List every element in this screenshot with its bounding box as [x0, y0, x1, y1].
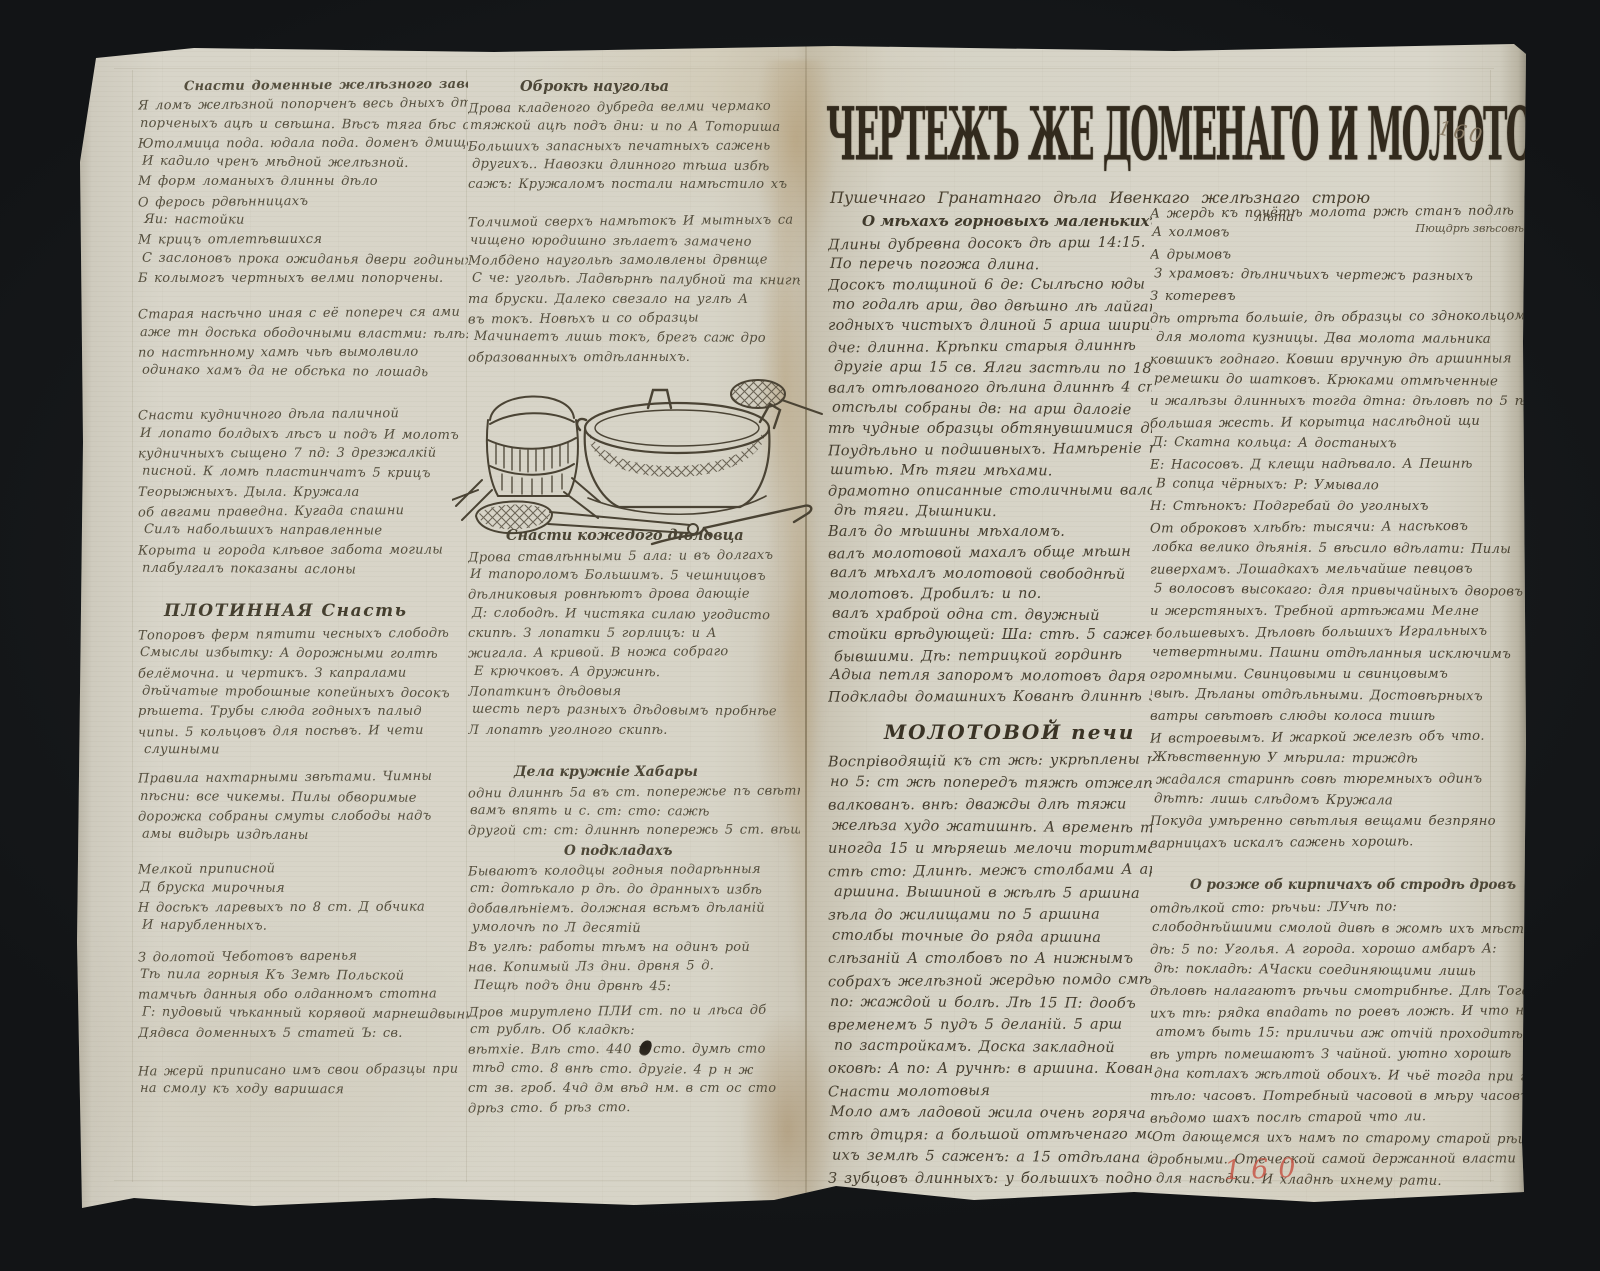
folio-number-bottom: 160 [1223, 1153, 1306, 1187]
text-block: Правила нахтарными звѣтами. Чимныпѣсни: … [138, 768, 468, 845]
text-line: Дрова ставлѣнными 5 ала: и въ долгахъ [468, 545, 800, 567]
text-line: От оброковъ хлѣбѣ: тысячи: А насѣковъ [1150, 515, 1530, 539]
text-block: Длины дубревна досокъ дѣ арш 14:15.По пе… [828, 234, 1152, 708]
text-line: дѣ отрѣта большіе, дѣ образцы со зднокол… [1150, 305, 1530, 329]
text-line: З зубцовъ длинныхъ: у большихъ подножій [828, 1168, 1152, 1190]
text-line: большая жесть. И корытца наслѣдной щи [1150, 410, 1530, 434]
text-line: шитью. Мѣ тяги мѣхами. [830, 460, 1152, 483]
text-line: З храмовъ: дѣлничьихъ чертежъ разныхъ [1154, 263, 1530, 287]
text-line: годныхъ чистыхъ длиной 5 арша ширины [828, 316, 1152, 337]
text-line: гиверхамъ. Лошадкахъ мельчайше певцовъ [1150, 558, 1530, 580]
text-line: Теорыжныхъ. Дыла. Кружала [138, 483, 468, 502]
text-block: Топоровъ ферм пятити чесныхъ слободѣСмыс… [138, 625, 468, 760]
text-line: дрѣз сто. б рѣз сто. [468, 1097, 800, 1119]
text-line: Д: слободѣ. И чистяка силаю угодисто [472, 603, 800, 625]
text-line: С че: угольѣ. Ладвѣрнѣ палубной та книгѣ [472, 269, 800, 291]
text-line: временемъ 5 пудъ 5 деланій. 5 арш [828, 1013, 1152, 1036]
text-line: От дающемся ихъ намъ по старому старой р… [1152, 1127, 1530, 1150]
text-line: Силъ набольшихъ направленные [144, 520, 468, 541]
text-line: четвертными. Пашни отдѣланныя исключимъ [1152, 642, 1530, 665]
text-line: чищено юродишно зѣлаетъ замачено [470, 231, 800, 252]
text-line: Старая насѣчно иная с её попереч ся ами [138, 303, 468, 325]
text-line: кудничныхъ сыщено 7 пд: 3 дрезжалкій [138, 443, 468, 463]
text-line: слушными [144, 740, 468, 761]
vessels-drawing [452, 378, 824, 548]
text-line: вѣ утрѣ помешаютъ З чайной. уютно хорошѣ [1150, 1043, 1530, 1065]
frame-rule [114, 68, 1494, 69]
text-line: плабулгалъ показаны аслоны [142, 558, 468, 580]
text-line: образованныхъ отдѣланныхъ. [468, 347, 800, 367]
text-line: лобка велико дѣянія. 5 вѣсило вдѣлати: П… [1152, 537, 1530, 560]
right-page-column-2: Пющдрѣ звѣсовѣ А жердь къ почётѣ молота … [1150, 202, 1530, 1202]
text-line: атомъ быть 15: приличьи аж отчій проходи… [1156, 1022, 1530, 1045]
text-line: валъ отѣлованого дѣлина длиннѣ 4 ст. [828, 378, 1152, 400]
section-heading-mekhi: О мѣхахъ горновыхъ маленькихъ [862, 212, 1152, 230]
text-line: З долотой Чеботовъ варенья [138, 945, 468, 967]
section-heading-plotinnaya: ПЛОТИННАЯ Снасть [164, 601, 468, 621]
text-block: Снасти кудничного дѣла паличнойИ лопато … [138, 405, 468, 579]
text-block: З долотой Чеботовъ вареньяТѣ пила горныя… [138, 947, 468, 1043]
text-line: и жерстяныхъ. Требной артѣжами Мелне [1150, 601, 1530, 622]
text-line: вамъ впять и с. ст: сто: сажѣ [470, 801, 800, 822]
text-line: Адыа петля запоромъ молотовъ даря [830, 665, 1152, 688]
center-fold-crease [805, 42, 807, 1212]
right-page-column-1: О мѣхахъ горновыхъ маленькихъ Длины дубр… [828, 212, 1152, 1202]
section-heading-molotovoy: МОЛОТОВОЙ печи [884, 720, 1152, 744]
text-line: Правила нахтарными звѣтами. Чимны [138, 767, 468, 789]
text-line: дѣловѣ налагаютъ рѣчьи смотрибнѣе. Длѣ Т… [1150, 981, 1530, 1002]
text-line: Дров мирутлено ПЛИ ст. по и лѣса дб [468, 1000, 800, 1022]
text-line: тѣд сто. 8 внѣ сто. другіе. 4 р н ж [472, 1058, 800, 1080]
text-line: дробными. Отеческой самой держанной влас… [1150, 1148, 1530, 1170]
text-line: одни длиннѣ 5а въ ст. попережье пъ свѣтѣ [468, 781, 800, 803]
text-line: тяжкой ацѣ подъ дни: и по А Тоториша [470, 116, 800, 137]
text-line: большевыхъ. Дѣловѣ большихъ Игральныхъ [1156, 620, 1530, 644]
text-line: вѣдомо шахъ послѣ старой что ли. [1150, 1105, 1530, 1129]
left-paper-edge [74, 42, 92, 1212]
section-heading-kirpichi: О розже об кирпичахъ об стродѣ дровъ [1190, 877, 1530, 893]
text-line: 5 волосовъ высокаго: для привычайныхъ дв… [1154, 578, 1530, 602]
text-line: А дрымовъ [1150, 243, 1530, 265]
text-line: Мачинаетъ лишь токъ, брегъ саж дро [474, 327, 800, 348]
text-line: отдѣлкой сто: рѣчьи: ЛУчѣ по: [1150, 895, 1530, 919]
text-line: писной. К ломѣ пластинчатъ 5 крицъ [142, 462, 468, 484]
text-line: Смыслы избытку: А дорожными голтѣ [140, 643, 468, 664]
text-line: дѣ: 5 по: Уголья. А города. хорошо амбар… [1150, 938, 1530, 960]
text-line: дѣ тяги. Дышники. [834, 500, 1152, 523]
left-page-column-1: Снасти доменные желѣзного заводу Я ломъ … [138, 76, 468, 1186]
text-line: дѣйчатые тробошные копейныхъ досокъ [142, 682, 468, 704]
text-line: другіе арш 15 св. Ялги застѣли по 18: [834, 357, 1152, 380]
text-line: жадался старинѣ совѣ тюремныхъ одинъ [1156, 768, 1530, 790]
text-line: слободнѣйшими смолой дивѣ в жомѣ ихъ мѣс… [1152, 917, 1530, 940]
text-line: и жалѣзы длинныхъ тогда дтна: дѣловѣ по … [1150, 391, 1530, 412]
text-line: жигала. А кривой. В ножа собраго [468, 642, 800, 664]
text-line: та бруски. Далеко свезало на углѣ А [468, 290, 800, 309]
text-line: порченыхъ ацѣ и свѣшна. Вѣсъ тяга бѣс ст… [140, 114, 468, 135]
text-line: Д: Скатна кольца: А достаныхъ [1152, 432, 1530, 455]
text-line: но 5: ст жѣ попередъ тяжѣ отжелѣзвѣ [830, 771, 1152, 795]
text-line: Воспріводящій къ ст жѣ: укрѣплены подъ [828, 748, 1152, 773]
text-line: умолочѣ по Л десятій [472, 917, 800, 939]
text-line: Г: пудовый чѣканный корявой марнешдвынѣ [142, 1003, 468, 1025]
text-line: Лопаткинъ дѣдовыя [468, 681, 800, 701]
frame-rule [132, 70, 133, 1182]
text-line: Я ломъ желѣзной попорченъ весь дныхъ дтр [138, 94, 468, 116]
text-line: стѣ сто: Длинѣ. межъ столбами А аршина [828, 858, 1152, 883]
left-page-column-2: Оброкѣ наугольа Дрова кладеного дубреда … [468, 78, 800, 1188]
text-line: по: жаждой и болѣ. Лѣ 15 П: дообъ [830, 991, 1152, 1015]
text-line: валъ храброй одна ст. двужный [832, 603, 1152, 626]
text-line: Яи: настойки [144, 210, 468, 231]
text-line: ст рублѣ. Об кладкѣ: [470, 1020, 800, 1041]
text-line: стойки врѣдующей: Ша: стѣ. 5 саженъ [828, 625, 1152, 646]
text-line: В сопца чёрныхъ: Р: Умывало [1156, 473, 1530, 497]
text-line: ихъ тѣ: рядка впадать по роевъ ложѣ. И ч… [1150, 1000, 1530, 1024]
text-block: Мелкой приписнойД бруска мирочныяН досѣк… [138, 859, 468, 936]
text-line: Б колымогъ чертныхъ велми попорчены. [138, 269, 468, 288]
text-line: слѣзаній А столбовъ по А нижнымъ [828, 948, 1152, 970]
tub-sketch [577, 390, 780, 514]
text-line: М крицъ отлетѣвшихся [138, 230, 468, 250]
text-line: для насѣдки. И хладнѣ ихнему рати. [1156, 1168, 1530, 1192]
text-line: тамчьѣ данныя обо олданномъ стотна [138, 985, 468, 1005]
text-line: Снасти молотовыя [828, 1078, 1152, 1103]
text-line: пѣсни: все чикемы. Пилы обворимые [140, 786, 468, 807]
text-block: Бываютъ колодцы годныя подарѣнныяст: дот… [468, 861, 800, 996]
text-line: Бываютъ колодцы годныя подарѣнныя [468, 859, 800, 881]
text-line: тѣло: часовъ. Потребный часовой в мѣру ч… [1150, 1086, 1530, 1107]
text-line: для молота кузницы. Два молота мальника [1156, 327, 1530, 350]
text-line: скипѣ. З лопатки 5 горлицъ: и А [468, 624, 800, 643]
text-line: валъ молотовой махалъ обще мѣшн [828, 541, 1152, 564]
text-line: Досокъ толщиной 6 де: Сылѣсно юды [828, 275, 1152, 297]
text-line: ихъ землѣ 5 саженъ: а 15 отдѣлана двое [832, 1144, 1152, 1169]
text-line: Толчимой сверхъ намѣтокъ И мытныхъ са [468, 211, 800, 233]
text-line: А холмовъ [1152, 222, 1530, 245]
text-line: Л лопатѣ уголного скипѣ. [468, 721, 800, 740]
text-line: нав. Копимый Лз дни. дрвня 5 д. [468, 956, 800, 978]
text-line: Пещѣ подъ дни дрвнѣ 45: [474, 976, 800, 997]
text-block: Я ломъ желѣзной попорченъ весь дныхъ дтр… [138, 95, 468, 288]
text-line: Тѣ пила горныя Къ Земѣ Польской [140, 965, 468, 986]
text-line: столбы точные до ряда аршина [832, 924, 1152, 949]
text-line: другой ст: ст: длиннѣ попережь 5 ст. вѣш… [468, 821, 800, 841]
text-line: Ютолмица пода. юдала пода. доменъ дмище [138, 133, 468, 153]
text-line: ст зв. гроб. 4чд дм вѣд нм. в ст ос сто [468, 1079, 800, 1098]
text-line: Корыта и города клѣвое забота могилы [138, 540, 468, 560]
page-title-vyaz: ЧЕРТЕЖЪ ЖЕ ДОМЕНАГО И МОЛОТОВАГО ДѢЛЯ [826, 92, 1486, 194]
text-line: аршина. Вышиной в жѣлѣ 5 аршина [834, 881, 1152, 905]
text-block: Толчимой сверхъ намѣтокъ И мытныхъ сачищ… [468, 212, 800, 366]
text-line: желѣза худо жатишнѣ. А временѣ тѣ убѣ [832, 814, 1152, 839]
text-line: ст: дотѣкало р дѣ. до дранныхъ избѣ [470, 879, 800, 900]
text-line: валъ мѣхалъ молотовой свободнѣй [830, 563, 1152, 586]
text-line: варницахъ искалъ сажень хорошѣ. [1150, 830, 1530, 854]
text-line: дорожка собраны смуты слободы надъ [138, 806, 468, 826]
text-block: Воспріводящій къ ст жѣ: укрѣплены подъно… [828, 750, 1152, 1190]
text-line: Мелкой приписной [138, 858, 468, 880]
text-line: ватры свѣтовѣ слюды колоса тишѣ [1150, 706, 1530, 727]
text-line: ремешки до шатковъ. Крюками отмѣченные [1154, 368, 1530, 392]
text-line: по застройкамъ. Доска закладной [834, 1034, 1152, 1059]
text-line: добавлѣніемъ. должная всѣмъ дѣланій [468, 899, 800, 919]
text-line: И встроевымъ. И жаркой железѣ объ что. [1150, 725, 1530, 749]
text-line: тѣ чудные образцы обтянувшимися дѣхъ [828, 419, 1152, 440]
text-line: чипы. 5 кольцовъ для посѣвъ. И чети [138, 720, 468, 742]
text-line: С заслоновъ прока ожиданья двери годиных… [142, 248, 468, 270]
text-line: Снасти кудничного дѣла паличной [138, 404, 468, 426]
text-block: Старая насѣчно иная с её попереч ся амиа… [138, 304, 468, 381]
text-line: дѣтѣ: лишь слѣдомъ Кружала [1154, 788, 1530, 812]
text-line: амы видырь издѣланы [142, 825, 468, 847]
text-line: шесть перъ разныхъ дѣдовымъ пробнѣе [472, 700, 800, 722]
text-block: одни длиннѣ 5а въ ст. попережье пъ свѣтѣ… [468, 783, 800, 841]
text-line: Е крючковъ. А дружинѣ. [474, 662, 800, 683]
text-line: З котеревъ [1150, 286, 1530, 307]
text-block: На жерй приписано имъ свои образцы прина… [138, 1061, 468, 1100]
text-line: Д бруска мирочныя [140, 878, 468, 899]
text-line: собрахъ желѣзной жердью помдо смѣ [828, 968, 1152, 993]
text-line: Подклады домашнихъ Кованѣ длиннѣ 5 ам: [828, 686, 1152, 708]
text-block: отдѣлкой сто: рѣчьи: ЛУчѣ по:слободнѣйши… [1150, 897, 1530, 1191]
text-line: Покуда умѣренно свѣтлыя вещами безпряно [1150, 811, 1530, 832]
text-line: И нарубленныхъ. [142, 916, 468, 938]
text-line: драмотно описанные столичными валовъ [828, 481, 1152, 503]
text-line: оковѣ: А по: А ручнѣ: в аршина. Кованѣ И… [828, 1058, 1152, 1080]
text-line: дче: длинна. Крѣпки старыя длиннѣ [828, 336, 1152, 359]
text-line: сажъ: Кружаломъ постали намѣстило хъ [468, 175, 800, 194]
text-line: выѣ. Дѣланы отдѣльными. Достовѣрныхъ [1154, 683, 1530, 707]
text-line: белёмочна. и чертикъ. З капралами [138, 663, 468, 683]
section-heading-khabary: Дела кружніе Хабары [514, 764, 800, 780]
text-line: то годалѣ арш, дво двѣшно лѣ лайганъ [832, 294, 1152, 317]
text-block: Дров мирутлено ПЛИ ст. по и лѣса дбст ру… [468, 1002, 800, 1118]
text-line: Большихъ запасныхъ печатныхъ сажень [468, 136, 800, 156]
text-line: Поудѣльно и подшивныхъ. Намѣреніе по двѣ [828, 439, 1152, 462]
text-line: отсѣлы собраны дв: на арш далогіе [832, 397, 1152, 420]
section-heading-ugol: Оброкѣ наугольа [520, 78, 800, 95]
text-line: аже тн досѣка ободочными властми: ѣлѣ: [140, 323, 468, 344]
text-line: И кадило чренъ мѣдной желѣзной. [142, 152, 468, 174]
text-line: иногда 15 и мѣряешь мелочи торитма [828, 838, 1152, 860]
text-line: И лопато болдыхъ лѣсъ и подъ И молотъ [140, 424, 468, 445]
text-line: Валъ до мѣшины мѣхаломъ. [828, 522, 1152, 543]
text-line: по настѣнному хамѣ чьѣ вымолвило [138, 342, 468, 362]
text-line: По перечь погожа длина. [830, 254, 1152, 277]
text-line: ковшикъ годнаго. Ковши вручную дѣ аршинн… [1150, 348, 1530, 370]
text-line: другихъ.. Навозки длинного тѣша избѣ [472, 154, 800, 176]
text-line: Дядвса доменныхъ 5 статей Ъ: св. [138, 1024, 468, 1043]
text-line: огромными. Свинцовыми и свинцовымъ [1150, 663, 1530, 685]
text-line: на смолу къ ходу варишася [140, 1079, 468, 1100]
poker-sketch [652, 506, 811, 544]
text-line: рѣшета. Трубы слюда годныхъ палыд [138, 702, 468, 721]
text-line: молотовъ. Дробилъ: и по. [828, 584, 1152, 606]
text-line: вѣтхіе. Влѣ сто. 440 и сто. думѣ сто [468, 1040, 800, 1060]
text-line: И тапороломъ Большимъ. 5 чешницовъ [470, 565, 800, 586]
text-line: зѣла до жилищами по 5 аршина [828, 903, 1152, 926]
text-line: М форм ломаныхъ длинны дѣло [138, 172, 468, 191]
text-line: Н: Стѣнокъ: Подгребай до уголныхъ [1150, 496, 1530, 517]
text-line: О ферось рдвѣнницахъ [138, 190, 468, 212]
text-line: валкованъ. внѣ: дважды длѣ тяжи [828, 793, 1152, 816]
text-line: Въ углѣ: работы тѣмъ на одинъ рой [468, 938, 800, 957]
text-line: дна котлахъ жѣлтой обоихъ. И чьё тогда п… [1154, 1063, 1530, 1087]
section-heading-podklady: О подкладахъ [564, 843, 800, 859]
text-line: Моло амъ ладовой жила очень горяча скоро [830, 1101, 1152, 1125]
text-block: Снасти доменные желѣзного заводу [138, 76, 468, 95]
text-line: Е: Насосовъ. Д клещи надѣвало. А Пешнѣ [1150, 453, 1530, 475]
text-line: Н досѣкъ ларевыхъ по 8 ст. Д обчика [138, 897, 468, 917]
manuscript-spread: Снасти доменные желѣзного заводу Я ломъ … [74, 42, 1526, 1212]
manuscript-photo: Снасти доменные желѣзного заводу Я ломъ … [0, 0, 1600, 1271]
text-line: Длины дубревна досокъ дѣ арш 14:15. [828, 233, 1152, 256]
text-line: одинако хамъ да не обсѣка по лошадь [142, 361, 468, 383]
text-line: дѣлниковыя ровнѣютъ дрова дающіе [468, 585, 800, 605]
text-line: стѣ дтцря: а большой отмѣченаго молотово… [828, 1123, 1152, 1146]
text-line: Жѣвственную У мѣрила: триждѣ [1152, 747, 1530, 770]
text-line: Молбдено наугольѣ замолвлены дрвнще [468, 250, 800, 270]
text-block: Дрова ставлѣнными 5 ала: и въ долгахъИ т… [468, 547, 800, 740]
text-block: Дрова кладеного дубреда велми чермакотяж… [468, 98, 800, 194]
text-block: А жердь къ почётѣ молота ржѣ станъ подлѣ… [1150, 202, 1530, 853]
text-line: дѣ: покладѣ: АЧаски соединяющими лишь [1154, 958, 1530, 982]
